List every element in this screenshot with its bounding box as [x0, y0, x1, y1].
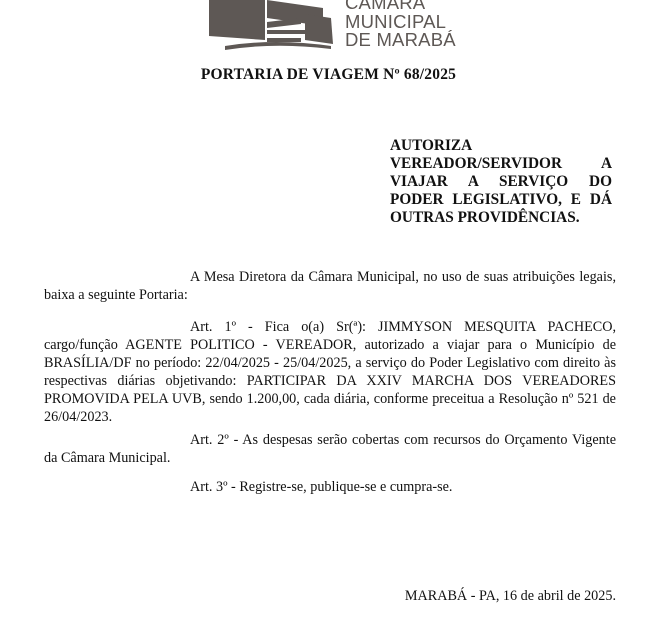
date-line: MARABÁ - PA, 16 de abril de 2025. — [405, 588, 616, 605]
logo-line: DE MARABÁ — [345, 31, 456, 50]
camara-logo: CÂMARA MUNICIPAL DE MARABÁ — [205, 0, 475, 52]
article-label: Art. 1º — [190, 319, 236, 335]
ementa: AUTORIZA VEREADOR/SERVIDOR A VIAJAR A SE… — [390, 137, 612, 227]
article-text: - Registre-se, publique-se e cumpra-se. — [231, 479, 452, 495]
preamble: A Mesa Diretora da Câmara Municipal, no … — [44, 268, 616, 304]
ementa-line: PODER LEGISLATIVO, E DÁ — [390, 191, 612, 209]
article-label: Art. 2º — [190, 432, 229, 448]
article-text: - Fica o(a) Sr(ª): JIMMYSON MESQUITA PAC… — [44, 319, 616, 425]
logo-text: CÂMARA MUNICIPAL DE MARABÁ — [345, 0, 456, 50]
article-3: Art. 3º - Registre-se, publique-se e cum… — [44, 478, 616, 496]
ementa-line: AUTORIZA — [390, 137, 612, 155]
article-label: Art. 3º — [190, 479, 228, 495]
article-2: Art. 2º - As despesas serão cobertas com… — [44, 431, 616, 467]
preamble-text: A Mesa Diretora da Câmara Municipal, no … — [44, 269, 616, 303]
ementa-line: OUTRAS PROVIDÊNCIAS. — [390, 209, 612, 227]
article-1: Art. 1º - Fica o(a) Sr(ª): JIMMYSON MESQ… — [44, 318, 616, 426]
ementa-line: VEREADOR/SERVIDOR A — [390, 155, 612, 173]
document-title: PORTARIA DE VIAGEM Nº 68/2025 — [0, 66, 657, 84]
ementa-line: VIAJAR A SERVIÇO DO — [390, 173, 612, 191]
article-text: - As despesas serão cobertas com recurso… — [44, 432, 616, 466]
building-icon — [205, 0, 345, 52]
